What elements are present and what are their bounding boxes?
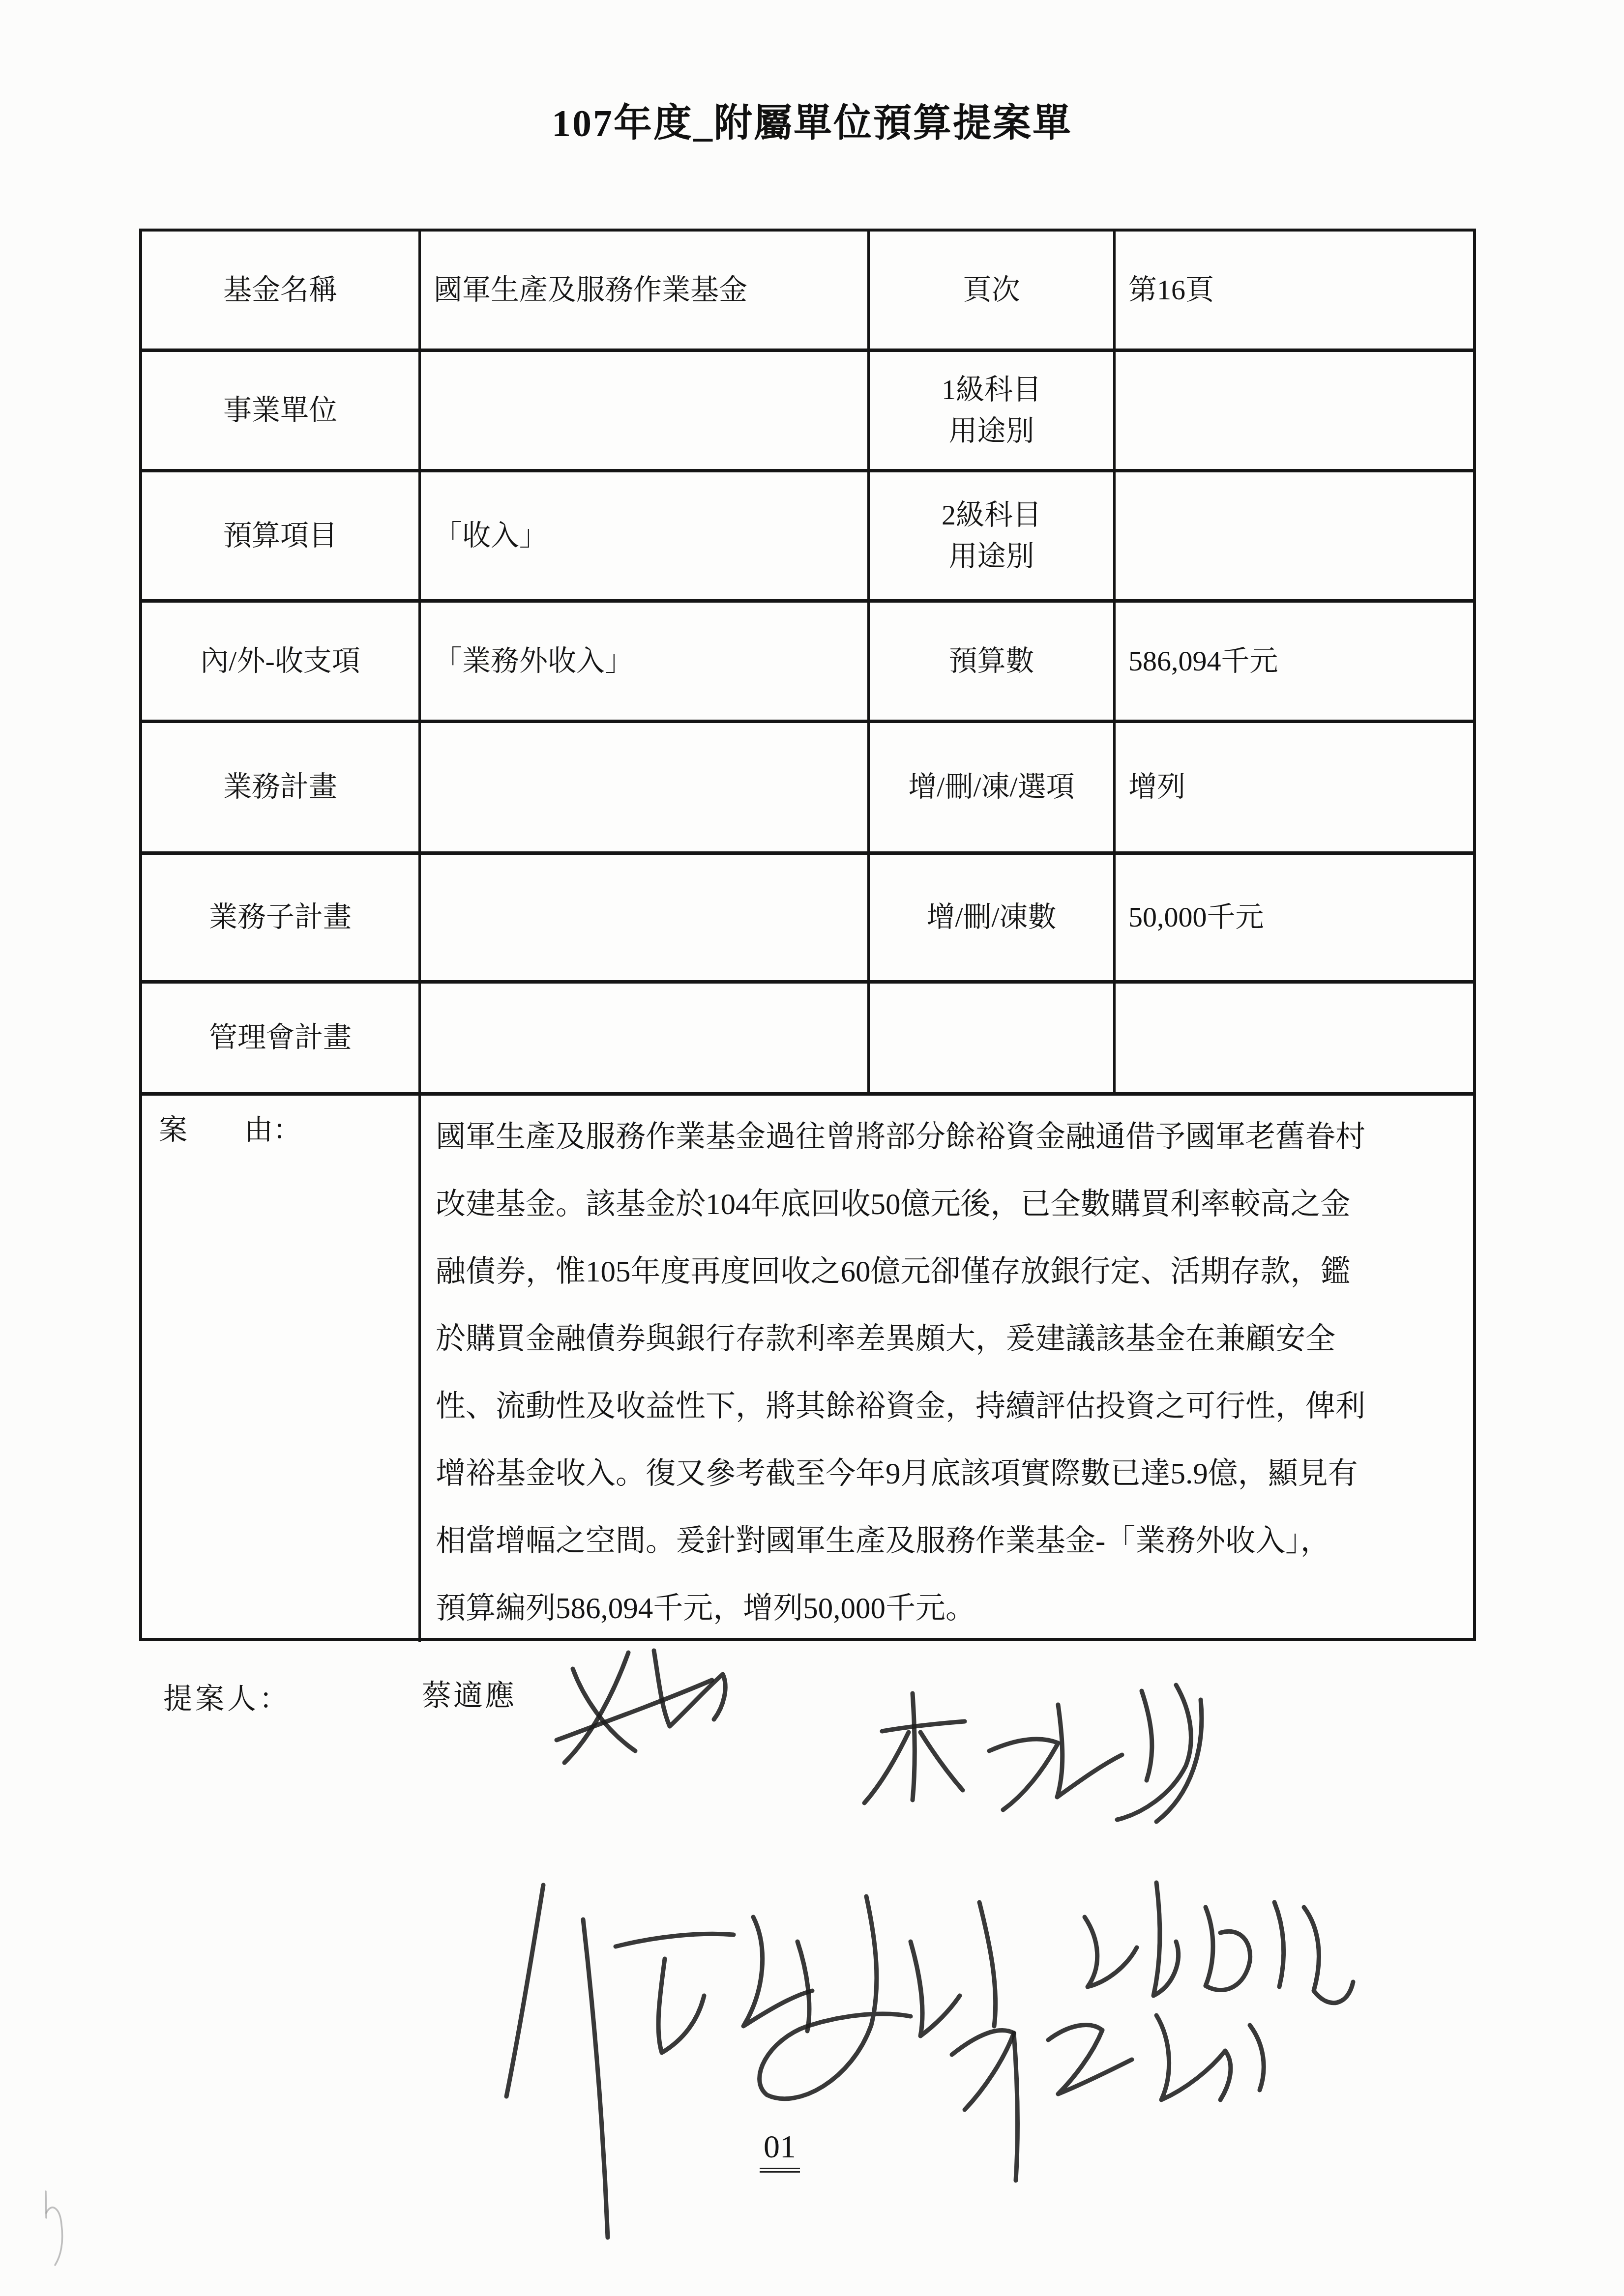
signature-2: [864, 1685, 1202, 1822]
handwritten-signatures-layer: [0, 0, 1624, 2296]
signature-1: [557, 1651, 725, 1763]
scanned-budget-proposal-page: 107年度_附屬單位預算提案單 基金名稱 國軍生產及服務作業基金 頁次 第16頁…: [0, 0, 1624, 2296]
signature-3: [506, 1885, 996, 2238]
page-number: 01: [760, 2128, 800, 2173]
signature-5: [952, 2015, 1264, 2180]
signature-4: [1085, 1883, 1353, 2003]
pencil-mark: [46, 2191, 62, 2265]
